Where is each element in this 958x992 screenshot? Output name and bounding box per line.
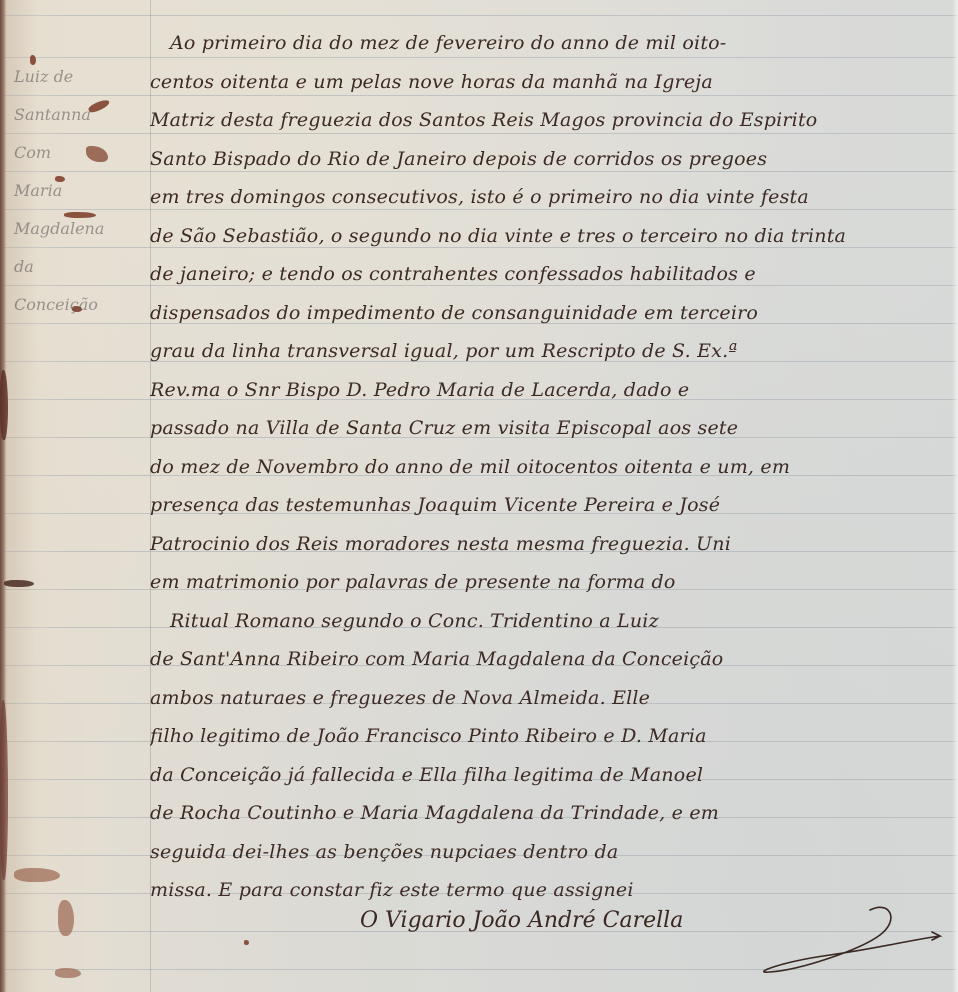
page-right-edge xyxy=(952,0,958,992)
record-line: grau da linha transversal igual, por um … xyxy=(150,332,940,371)
record-line: Ao primeiro dia do mez de fevereiro do a… xyxy=(150,24,940,63)
record-line: Matriz desta freguezia dos Santos Reis M… xyxy=(150,101,940,140)
record-line: seguida dei-lhes as benções nupciaes den… xyxy=(150,833,940,872)
margin-note-line: Luiz de xyxy=(14,58,144,96)
record-line: em tres domingos consecutivos, isto é o … xyxy=(150,178,940,217)
signature-flourish-icon xyxy=(740,900,950,980)
margin-note-line: Santanna xyxy=(14,96,144,134)
record-line: Santo Bispado do Rio de Janeiro depois d… xyxy=(150,140,940,179)
record-line: de São Sebastião, o segundo no dia vinte… xyxy=(150,217,940,256)
margin-note-line: da xyxy=(14,248,144,286)
margin-note-line: Maria xyxy=(14,172,144,210)
record-line: de Rocha Coutinho e Maria Magdalena da T… xyxy=(150,794,940,833)
stain xyxy=(4,580,34,587)
record-line: dispensados do impedimento de consanguin… xyxy=(150,294,940,333)
record-body: Ao primeiro dia do mez de fevereiro do a… xyxy=(150,24,940,910)
margin-note-line: Conceição xyxy=(14,286,144,324)
record-line: Patrocinio dos Reis moradores nesta mesm… xyxy=(150,525,940,564)
margin-note: Luiz de Santanna Com Maria Magdalena da … xyxy=(14,58,144,324)
stain xyxy=(58,900,74,936)
stain xyxy=(14,868,60,882)
stain xyxy=(244,940,249,945)
record-line: filho legitimo de João Francisco Pinto R… xyxy=(150,717,940,756)
margin-note-line: Magdalena xyxy=(14,210,144,248)
signature: O Vigario João André Carella xyxy=(360,908,683,933)
record-line: ambos naturaes e freguezes de Nova Almei… xyxy=(150,679,940,718)
record-line: passado na Villa de Santa Cruz em visita… xyxy=(150,409,940,448)
record-line: Ritual Romano segundo o Conc. Tridentino… xyxy=(150,602,940,641)
margin-note-line: Com xyxy=(14,134,144,172)
record-line: centos oitenta e um pelas nove horas da … xyxy=(150,63,940,102)
record-line: de Sant'Anna Ribeiro com Maria Magdalena… xyxy=(150,640,940,679)
record-line: do mez de Novembro do anno de mil oitoce… xyxy=(150,448,940,487)
record-line: Rev.ma o Snr Bispo D. Pedro Maria de Lac… xyxy=(150,371,940,410)
record-line: de janeiro; e tendo os contrahentes conf… xyxy=(150,255,940,294)
stain xyxy=(55,968,81,978)
record-line: da Conceição já fallecida e Ella filha l… xyxy=(150,756,940,795)
record-line: presença das testemunhas Joaquim Vicente… xyxy=(150,486,940,525)
document-page: Luiz de Santanna Com Maria Magdalena da … xyxy=(0,0,958,992)
record-line: em matrimonio por palavras de presente n… xyxy=(150,563,940,602)
